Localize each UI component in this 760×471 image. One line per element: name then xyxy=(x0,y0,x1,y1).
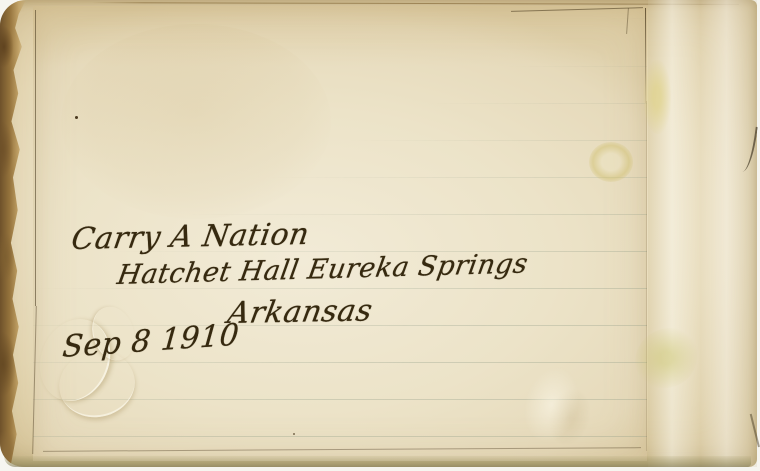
inscription-state: Arkansas xyxy=(225,293,375,331)
page-top-edge-line xyxy=(92,2,739,5)
page-bottom-edge-shadow xyxy=(4,456,751,467)
torn-left-edge xyxy=(0,0,26,467)
inscription-date: Sep 8 1910 xyxy=(61,317,241,365)
stain-right-top xyxy=(643,60,671,134)
handwritten-inscription: Carry A Nation Hatchet Hall Eureka Sprin… xyxy=(33,6,647,461)
scanned-album-page: Carry A Nation Hatchet Hall Eureka Sprin… xyxy=(0,0,760,471)
inscription-signature: Carry A Nation xyxy=(69,217,312,257)
pasted-autograph-sheet: Carry A Nation Hatchet Hall Eureka Sprin… xyxy=(33,6,647,461)
album-page: Carry A Nation Hatchet Hall Eureka Sprin… xyxy=(0,0,757,467)
inscription-place: Hatchet Hall Eureka Springs xyxy=(115,248,530,291)
